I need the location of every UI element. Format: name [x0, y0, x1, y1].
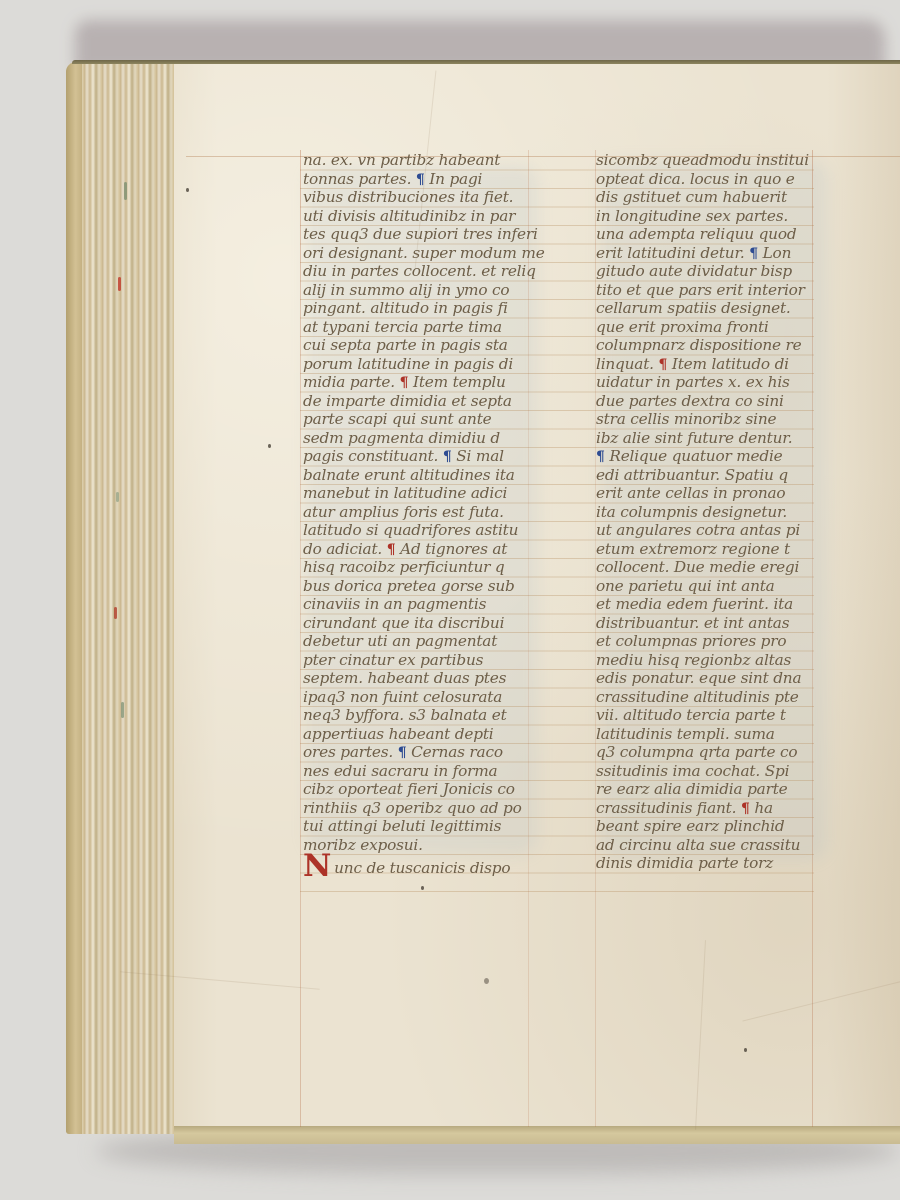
manuscript-line: stra cellis minoribz sine — [596, 410, 842, 429]
manuscript-line: tes quq3 due supiori tres inferi — [303, 225, 549, 244]
text-run: in longitudine sex partes. — [596, 207, 788, 225]
text-run: unc de tuscanicis dispo — [334, 859, 510, 877]
text-run: distribuantur. et int antas — [596, 614, 789, 632]
manuscript-line: one parietu qui int anta — [596, 577, 842, 596]
text-run: tonnas partes. — [303, 170, 416, 188]
text-run: cirundant que ita discribui — [303, 614, 504, 632]
manuscript-line: sicombz queadmodu institui — [596, 151, 842, 170]
text-run: de imparte dimidia et septa — [303, 392, 512, 410]
text-run: sedm pagmenta dimidiu d — [303, 429, 500, 447]
text-run: latitudinis templi. suma — [596, 725, 775, 743]
fore-edge-red-fleck — [118, 277, 121, 291]
text-run: opteat dica. locus in quo e — [596, 170, 795, 188]
text-run: vii. altitudo tercia parte t — [596, 706, 786, 724]
text-run: atur amplius foris est futa. — [303, 503, 504, 521]
text-run: pingant. altitudo in pagis fi — [303, 299, 508, 317]
text-run: appertiuas habeant depti — [303, 725, 493, 743]
text-run: una adempta reliquu quod — [596, 225, 796, 243]
text-run: beant spire earz plinchid — [596, 817, 785, 835]
manuscript-line: de imparte dimidia et septa — [303, 392, 549, 411]
text-run: In pagi — [425, 170, 483, 188]
manuscript-line: ori designant. super modum me — [303, 244, 549, 263]
ink-speck — [421, 886, 424, 890]
manuscript-line: collocent. Due medie eregi — [596, 558, 842, 577]
manuscript-line: Nunc de tuscanicis dispo — [303, 854, 549, 873]
text-run: dis gstituet cum habuerit — [596, 188, 787, 206]
text-run: cui septa parte in pagis sta — [303, 336, 508, 354]
ruling-vertical — [300, 150, 301, 1127]
text-run: cellarum spatiis designet. — [596, 299, 791, 317]
manuscript-line: et media edem fuerint. ita — [596, 595, 842, 614]
manuscript-line: mediu hisq regionbz altas — [596, 651, 842, 670]
text-run: due partes dextra co sini — [596, 392, 784, 410]
manuscript-line: gitudo aute dividatur bisp — [596, 262, 842, 281]
manuscript-line: et columpnas priores pro — [596, 632, 842, 651]
manuscript-line: uidatur in partes x. ex his — [596, 373, 842, 392]
text-run: Item templu — [408, 373, 505, 391]
text-run: uti divisis altitudinibz in par — [303, 207, 515, 225]
manuscript-line: vibus distribuciones ita fiet. — [303, 188, 549, 207]
fore-edge-red-fleck — [114, 607, 117, 619]
text-run: edis ponatur. eque sint dna — [596, 669, 801, 687]
text-run: bus dorica pretea gorse sub — [303, 577, 515, 595]
manuscript-line: midia parte. ¶ Item templu — [303, 373, 549, 392]
manuscript-line: ibz alie sint future dentur. — [596, 429, 842, 448]
text-run: cinaviis in an pagmentis — [303, 595, 486, 613]
pilcrow-mark: ¶ — [741, 801, 750, 817]
manuscript-line: columpnarz dispositione re — [596, 336, 842, 355]
text-run: q3 columpna qrta parte co — [596, 743, 797, 761]
text-run: ad circinu alta sue crassitu — [596, 836, 800, 854]
text-run: linquat. — [596, 355, 658, 373]
manuscript-line: latitudinis templi. suma — [596, 725, 842, 744]
text-run: Lon — [758, 244, 791, 262]
text-run: latitudo si quadrifores astitu — [303, 521, 518, 539]
text-run: ores partes. — [303, 743, 398, 761]
text-run: parte scapi qui sunt ante — [303, 410, 492, 428]
text-run: erit ante cellas in pronao — [596, 484, 785, 502]
manuscript-line: distribuantur. et int antas — [596, 614, 842, 633]
pilcrow-mark: ¶ — [416, 172, 425, 188]
text-run: crassitudinis fiant. — [596, 799, 741, 817]
text-run: ita columpnis designetur. — [596, 503, 787, 521]
text-run: balnate erunt altitudines ita — [303, 466, 515, 484]
text-run: etum extremorz regione t — [596, 540, 790, 558]
text-run: pter cinatur ex partibus — [303, 651, 483, 669]
text-run: diu in partes collocent. et reliq — [303, 262, 536, 280]
manuscript-line: due partes dextra co sini — [596, 392, 842, 411]
manuscript-line: tonnas partes. ¶ In pagi — [303, 170, 549, 189]
manuscript-line: linquat. ¶ Item latitudo di — [596, 355, 842, 374]
manuscript-line: erit latitudini detur. ¶ Lon — [596, 244, 842, 263]
manuscript-line: ¶ Relique quatuor medie — [596, 447, 842, 466]
fore-edge-leaves — [66, 62, 174, 1134]
manuscript-line: tito et que pars erit interior — [596, 281, 842, 300]
manuscript-photo: { "meta": { "description": "Photograph o… — [0, 0, 900, 1200]
manuscript-line: do adiciat. ¶ Ad tignores at — [303, 540, 549, 559]
text-run: ipaq3 non fuint celosurata — [303, 688, 502, 706]
text-run: Cernas raco — [406, 743, 502, 761]
text-run: tito et que pars erit interior — [596, 281, 805, 299]
manuscript-line: septem. habeant duas ptes — [303, 669, 549, 688]
manuscript-line: crassitudine altitudinis pte — [596, 688, 842, 707]
pilcrow-mark: ¶ — [443, 449, 452, 465]
text-run: hisq racoibz perficiuntur q — [303, 558, 505, 576]
manuscript-line: ad circinu alta sue crassitu — [596, 836, 842, 855]
manuscript-line: ipaq3 non fuint celosurata — [303, 688, 549, 707]
ink-speck — [744, 1048, 747, 1052]
text-run: ssitudinis ima cochat. Spi — [596, 762, 789, 780]
text-run: columpnarz dispositione re — [596, 336, 801, 354]
text-run: ut angulares cotra antas pi — [596, 521, 800, 539]
text-run: Item latitudo di — [667, 355, 789, 373]
pilcrow-mark: ¶ — [596, 449, 605, 465]
text-run: tui attingi beluti legittimis — [303, 817, 501, 835]
manuscript-line: cirundant que ita discribui — [303, 614, 549, 633]
manuscript-line: sedm pagmenta dimidiu d — [303, 429, 549, 448]
text-run: na. ex. vn partibz habeant — [303, 151, 500, 169]
manuscript-line: atur amplius foris est futa. — [303, 503, 549, 522]
ink-speck — [268, 444, 271, 448]
text-run: at typani tercia parte tima — [303, 318, 502, 336]
manuscript-line: tui attingi beluti legittimis — [303, 817, 549, 836]
text-run: manebut in latitudine adici — [303, 484, 507, 502]
manuscript-line: manebut in latitudine adici — [303, 484, 549, 503]
text-run: uidatur in partes x. ex his — [596, 373, 790, 391]
text-run: stra cellis minoribz sine — [596, 410, 776, 428]
manuscript-line: ita columpnis designetur. — [596, 503, 842, 522]
text-run: nes edui sacraru in forma — [303, 762, 497, 780]
text-run: crassitudine altitudinis pte — [596, 688, 799, 706]
manuscript-line: ut angulares cotra antas pi — [596, 521, 842, 540]
text-run: rinthiis q3 operibz quo ad po — [303, 799, 522, 817]
manuscript-line: nes edui sacraru in forma — [303, 762, 549, 781]
text-run: et columpnas priores pro — [596, 632, 786, 650]
text-run: gitudo aute dividatur bisp — [596, 262, 792, 280]
text-column-right: sicombz queadmodu instituiopteat dica. l… — [596, 151, 842, 873]
text-run: sicombz queadmodu institui — [596, 151, 809, 169]
manuscript-line: dis gstituet cum habuerit — [596, 188, 842, 207]
book-top-edge — [72, 60, 900, 64]
manuscript-line: diu in partes collocent. et reliq — [303, 262, 549, 281]
text-run: Relique quatuor medie — [605, 447, 783, 465]
ink-speck — [484, 978, 489, 984]
manuscript-line: ores partes. ¶ Cernas raco — [303, 743, 549, 762]
text-run: collocent. Due medie eregi — [596, 558, 799, 576]
page-bottom-edge — [174, 1126, 900, 1144]
fore-edge-green-fleck — [124, 182, 127, 200]
manuscript-line: at typani tercia parte tima — [303, 318, 549, 337]
text-run: dinis dimidia parte torz — [596, 854, 773, 872]
manuscript-line: cibz oporteat fieri Jonicis co — [303, 780, 549, 799]
text-run: Si mal — [452, 447, 504, 465]
text-run: alij in summo alij in ymo co — [303, 281, 509, 299]
text-column-left: na. ex. vn partibz habeanttonnas partes.… — [303, 151, 549, 873]
text-run: vibus distribuciones ita fiet. — [303, 188, 513, 206]
text-run: pagis constituant. — [303, 447, 443, 465]
manuscript-line: neq3 byffora. s3 balnata et — [303, 706, 549, 725]
manuscript-line: beant spire earz plinchid — [596, 817, 842, 836]
manuscript-line: erit ante cellas in pronao — [596, 484, 842, 503]
text-run: Ad tignores at — [395, 540, 507, 558]
manuscript-line: porum latitudine in pagis di — [303, 355, 549, 374]
manuscript-line: ssitudinis ima cochat. Spi — [596, 762, 842, 781]
manuscript-line: q3 columpna qrta parte co — [596, 743, 842, 762]
manuscript-line: pagis constituant. ¶ Si mal — [303, 447, 549, 466]
text-run: debetur uti an pagmentat — [303, 632, 497, 650]
text-run: tes quq3 due supiori tres inferi — [303, 225, 538, 243]
manuscript-line: debetur uti an pagmentat — [303, 632, 549, 651]
manuscript-line: alij in summo alij in ymo co — [303, 281, 549, 300]
manuscript-line: latitudo si quadrifores astitu — [303, 521, 549, 540]
text-run: ha — [750, 799, 773, 817]
text-run: edi attribuantur. Spatiu q — [596, 466, 788, 484]
manuscript-line: bus dorica pretea gorse sub — [303, 577, 549, 596]
pilcrow-mark: ¶ — [749, 246, 758, 262]
text-run: ibz alie sint future dentur. — [596, 429, 792, 447]
text-run: que erit proxima fronti — [596, 318, 769, 336]
manuscript-line: uti divisis altitudinibz in par — [303, 207, 549, 226]
pilcrow-mark: ¶ — [658, 357, 667, 373]
manuscript-line: etum extremorz regione t — [596, 540, 842, 559]
manuscript-line: balnate erunt altitudines ita — [303, 466, 549, 485]
manuscript-line: opteat dica. locus in quo e — [596, 170, 842, 189]
manuscript-line: una adempta reliquu quod — [596, 225, 842, 244]
manuscript-line: in longitudine sex partes. — [596, 207, 842, 226]
rubricated-initial: N — [303, 857, 331, 875]
text-run: neq3 byffora. s3 balnata et — [303, 706, 507, 724]
text-run: one parietu qui int anta — [596, 577, 775, 595]
fore-edge-green-fleck — [116, 492, 119, 502]
manuscript-line: pter cinatur ex partibus — [303, 651, 549, 670]
manuscript-line: cui septa parte in pagis sta — [303, 336, 549, 355]
manuscript-line: appertiuas habeant depti — [303, 725, 549, 744]
manuscript-line: cinaviis in an pagmentis — [303, 595, 549, 614]
text-run: erit latitudini detur. — [596, 244, 749, 262]
manuscript-line: edis ponatur. eque sint dna — [596, 669, 842, 688]
manuscript-line: parte scapi qui sunt ante — [303, 410, 549, 429]
ink-speck — [186, 188, 189, 192]
manuscript-line: re earz alia dimidia parte — [596, 780, 842, 799]
text-run: septem. habeant duas ptes — [303, 669, 506, 687]
text-run: et media edem fuerint. ita — [596, 595, 793, 613]
text-run: ori designant. super modum me — [303, 244, 545, 262]
fore-edge-green-fleck — [121, 702, 124, 718]
manuscript-line: moribz exposui. — [303, 836, 549, 855]
manuscript-line: cellarum spatiis designet. — [596, 299, 842, 318]
text-run: do adiciat. — [303, 540, 387, 558]
manuscript-line: crassitudinis fiant. ¶ ha — [596, 799, 842, 818]
manuscript-line: dinis dimidia parte torz — [596, 854, 842, 873]
manuscript-line: vii. altitudo tercia parte t — [596, 706, 842, 725]
text-run: porum latitudine in pagis di — [303, 355, 513, 373]
manuscript-line: na. ex. vn partibz habeant — [303, 151, 549, 170]
manuscript-line: hisq racoibz perficiuntur q — [303, 558, 549, 577]
manuscript-line: rinthiis q3 operibz quo ad po — [303, 799, 549, 818]
manuscript-line: que erit proxima fronti — [596, 318, 842, 337]
text-run: midia parte. — [303, 373, 400, 391]
text-run: re earz alia dimidia parte — [596, 780, 788, 798]
text-run: mediu hisq regionbz altas — [596, 651, 791, 669]
manuscript-line: pingant. altitudo in pagis fi — [303, 299, 549, 318]
text-run: cibz oporteat fieri Jonicis co — [303, 780, 515, 798]
manuscript-line: edi attribuantur. Spatiu q — [596, 466, 842, 485]
